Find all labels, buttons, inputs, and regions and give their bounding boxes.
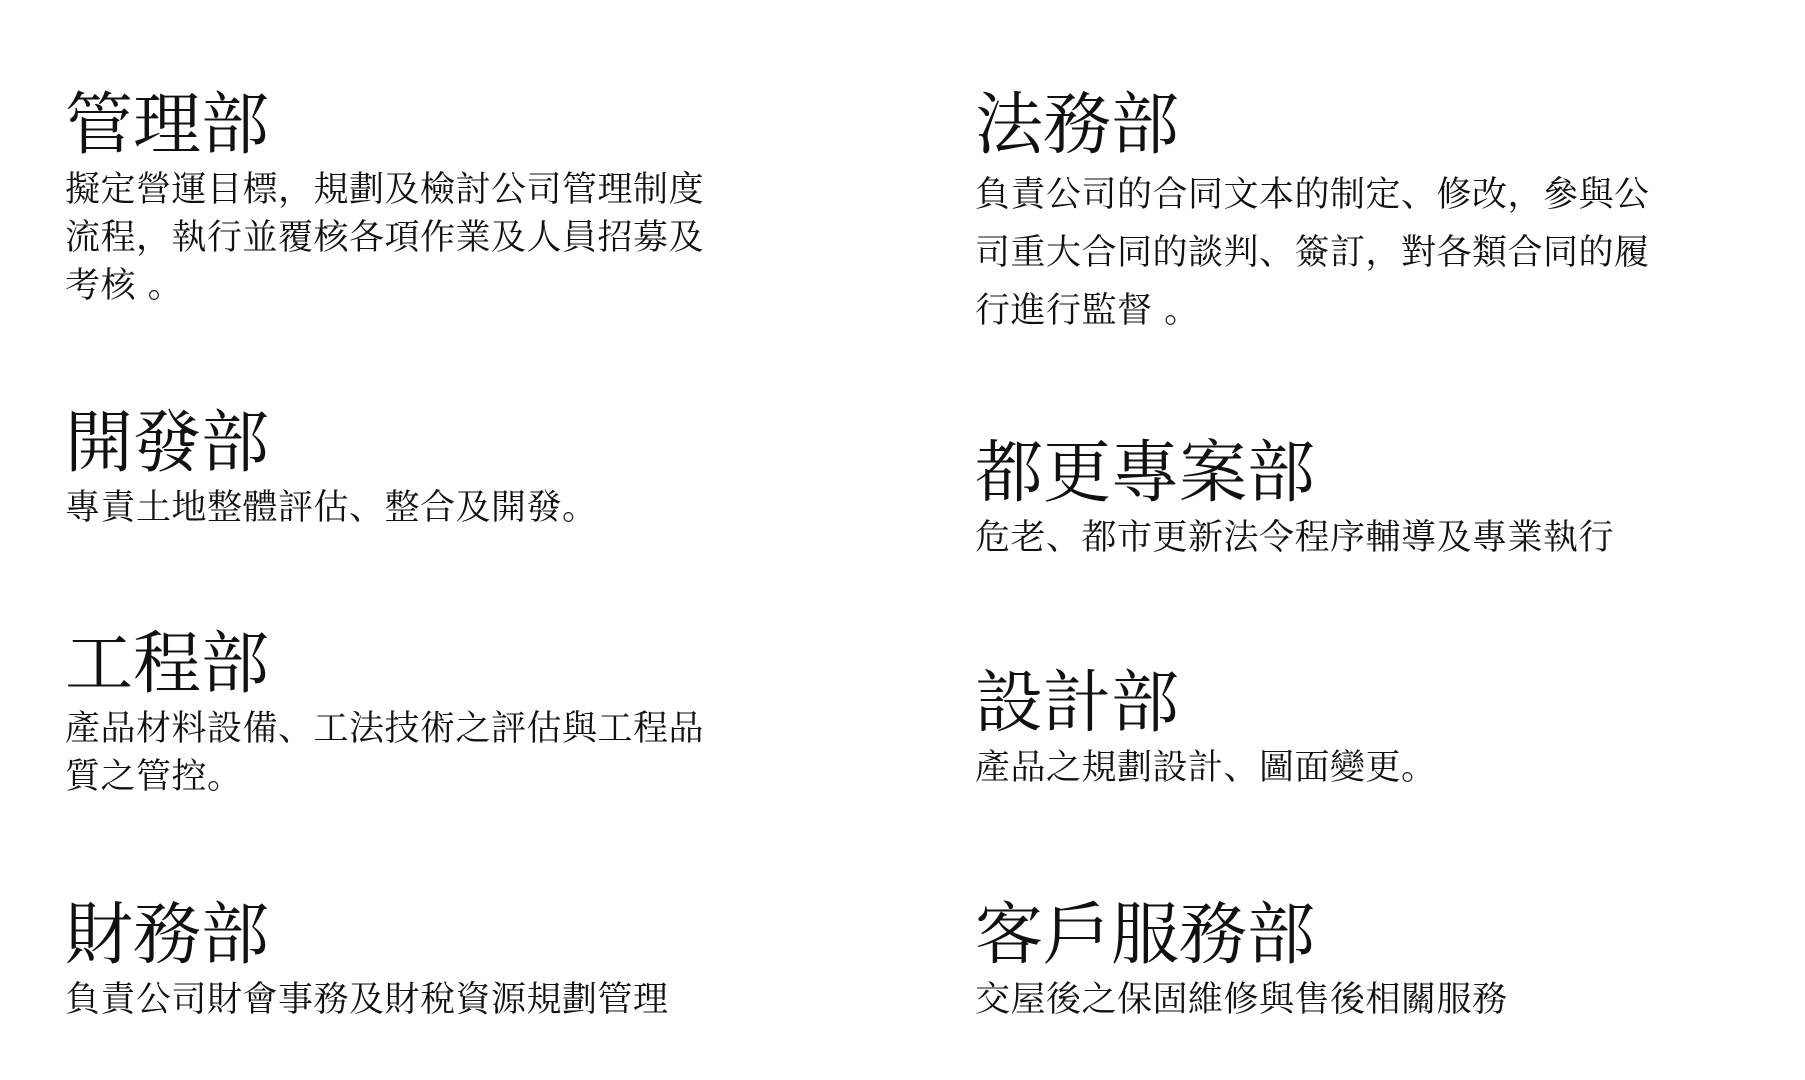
- description-line: 流程，執行並覆核各項作業及人員招募及: [65, 214, 805, 262]
- department-development: 開發部 專責土地整體評估、整合及開發。: [65, 404, 805, 532]
- description-line: 危老、都市更新法令程序輔導及專業執行: [975, 514, 1755, 562]
- department-description: 專責土地整體評估、整合及開發。: [65, 484, 805, 532]
- description-line: 行進行監督 。: [975, 282, 1755, 340]
- description-line: 考核 。: [65, 262, 805, 310]
- description-line: 負責公司財會事務及財稅資源規劃管理: [65, 976, 805, 1024]
- description-line: 產品材料設備、工法技術之評估與工程品: [65, 705, 805, 753]
- department-title: 工程部: [65, 625, 805, 705]
- department-title: 財務部: [65, 896, 805, 976]
- description-line: 交屋後之保固維修與售後相關服務: [975, 976, 1755, 1024]
- description-line: 負責公司的合同文本的制定、修改，參與公: [975, 166, 1755, 224]
- department-engineering: 工程部 產品材料設備、工法技術之評估與工程品 質之管控。: [65, 625, 805, 801]
- department-description: 交屋後之保固維修與售後相關服務: [975, 976, 1755, 1024]
- department-title: 開發部: [65, 404, 805, 484]
- department-description: 危老、都市更新法令程序輔導及專業執行: [975, 514, 1755, 562]
- department-description: 擬定營運目標，規劃及檢討公司管理制度 流程，執行並覆核各項作業及人員招募及 考核…: [65, 166, 805, 310]
- department-customer-service: 客戶服務部 交屋後之保固維修與售後相關服務: [975, 896, 1755, 1024]
- department-description: 負責公司財會事務及財稅資源規劃管理: [65, 976, 805, 1024]
- department-title: 法務部: [975, 86, 1755, 166]
- description-line: 司重大合同的談判、簽訂，對各類合同的履: [975, 224, 1755, 282]
- department-finance: 財務部 負責公司財會事務及財稅資源規劃管理: [65, 896, 805, 1024]
- department-description: 產品材料設備、工法技術之評估與工程品 質之管控。: [65, 705, 805, 801]
- department-urban-renewal: 都更專案部 危老、都市更新法令程序輔導及專業執行: [975, 434, 1755, 562]
- department-admin: 管理部 擬定營運目標，規劃及檢討公司管理制度 流程，執行並覆核各項作業及人員招募…: [65, 86, 805, 310]
- department-description: 負責公司的合同文本的制定、修改，參與公 司重大合同的談判、簽訂，對各類合同的履 …: [975, 166, 1755, 340]
- department-legal: 法務部 負責公司的合同文本的制定、修改，參與公 司重大合同的談判、簽訂，對各類合…: [975, 86, 1755, 340]
- department-description: 產品之規劃設計、圖面變更。: [975, 744, 1755, 792]
- description-line: 質之管控。: [65, 753, 805, 801]
- department-design: 設計部 產品之規劃設計、圖面變更。: [975, 664, 1755, 792]
- description-line: 專責土地整體評估、整合及開發。: [65, 484, 805, 532]
- department-title: 都更專案部: [975, 434, 1755, 514]
- description-line: 產品之規劃設計、圖面變更。: [975, 744, 1755, 792]
- department-title: 管理部: [65, 86, 805, 166]
- department-title: 設計部: [975, 664, 1755, 744]
- description-line: 擬定營運目標，規劃及檢討公司管理制度: [65, 166, 805, 214]
- department-title: 客戶服務部: [975, 896, 1755, 976]
